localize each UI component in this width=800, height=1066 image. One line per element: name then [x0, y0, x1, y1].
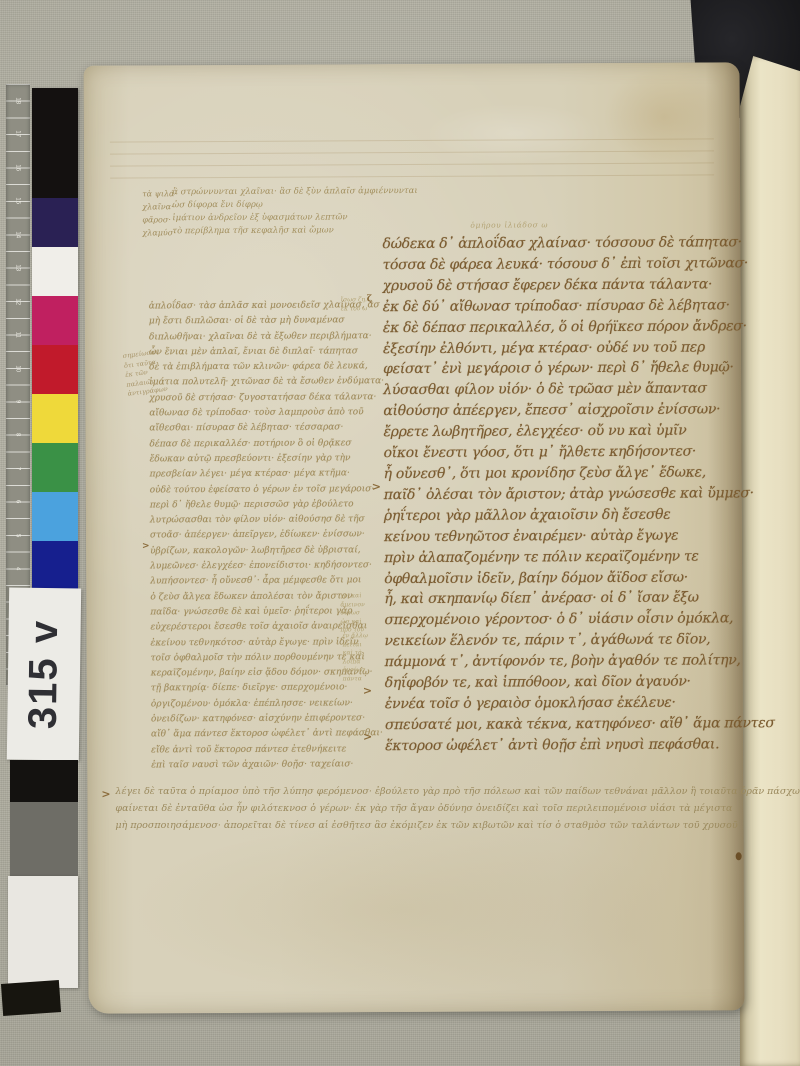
- scholia-line: δέπασ δὲ περικαλλέσ· ποτήριον ὃ οἱ θρᾷκε…: [149, 438, 384, 455]
- diple-mark: >: [101, 788, 110, 801]
- color-calibration-bar: [32, 88, 78, 590]
- ruler-number: 10: [1, 356, 34, 380]
- shelfmark-text: 315 v: [21, 619, 68, 730]
- manuscript-photo: ὁμήρου ἰλιάδοσ ω τὰ ψιλά·χλαῖνα·φᾶροσ·χλ…: [0, 0, 800, 1066]
- ruler-number: 13: [1, 256, 34, 280]
- color-swatch-blue: [32, 541, 78, 590]
- main-text-line: ἦ οὔνεσθ᾽, ὅτι μοι κρονίδησ ζεὺσ ἄλγε᾽ ἔ…: [384, 464, 774, 487]
- ruler-number: 11: [1, 323, 34, 347]
- main-text-line: πάμμονά τ᾽, ἀντίφονόν τε, βοὴν ἀγαθόν τε…: [385, 652, 775, 675]
- calibration-gray-block: [10, 802, 78, 876]
- main-text-line: ἔρρετε λωβητῆρεσ, ἐλεγχέεσ· οὔ νυ καὶ ὑμ…: [383, 422, 773, 445]
- intercolumn-note-line: ἄμεινον: [340, 601, 364, 610]
- main-text-line: ἕκτοροσ ὠφέλετ᾽ ἀντὶ θοῇσ ἐπὶ νηυσὶ πεφά…: [385, 736, 775, 759]
- top-note-line: τὸ περίβλημα τῆσ κεφαλῆσ καὶ ὤμων: [172, 225, 418, 239]
- main-text-line: ἦ, καὶ σκηπανίῳ δίεπ᾽ ἀνέρασ· οἱ δ᾽ ἴσαν…: [384, 590, 774, 613]
- ruler-number: 15: [1, 189, 34, 213]
- main-text-line: νεικείων ἕλενόν τε, πάριν τ᾽, ἀγάθωνά τε…: [384, 631, 774, 654]
- main-text-line: λύσασθαι φίλον υἱόν· ὁ δὲ τρῶασ μὲν ἅπαν…: [383, 380, 773, 403]
- main-text-line: οἴκοι ἔνεστι γόοσ, ὅτι μ᾽ ἤλθετε κηδήσον…: [384, 443, 774, 466]
- color-swatch-yellow: [32, 394, 78, 443]
- calibration-black-block-bottom: [1, 980, 61, 1016]
- scholia-line: τῇ βακτηρίᾳ· δίεπε· διεῖργε· σπερχομένοι…: [151, 683, 386, 700]
- scholia-line: πρεσβείαν λέγει· μέγα κτέρασ· μέγα κτῆμα…: [150, 468, 385, 485]
- color-swatch-white: [32, 247, 78, 296]
- top-note-line: ἃ στρώννυνται χλαῖναι· ἃσ δὲ ξὺν ἁπλαῖσ …: [172, 186, 418, 200]
- manuscript-page: ὁμήρου ἰλιάδοσ ω τὰ ψιλά·χλαῖνα·φᾶροσ·χλ…: [84, 62, 745, 1013]
- scholia-line: μὴ ἔστι διπλῶσαι· οἱ δὲ τὰσ μὴ δυναμένασ: [149, 315, 384, 332]
- scholia-line: ἔδωκαν αὐτῷ πρεσβεύοντι· ἐξεσίην γὰρ τὴν: [150, 453, 385, 470]
- main-text-line: δηΐφοβόν τε, καὶ ἱππόθοον, καὶ δῖον ἀγαυ…: [385, 673, 775, 696]
- scholia-line: στοᾶσ· ἀπέεργεν· ἀπεῖργεν, ἐδίωκεν· ἐνίσ…: [150, 530, 385, 547]
- scholia-line: ἐπὶ ταῖσ ναυσὶ τῶν ἀχαιῶν· θοῇσ· ταχείαι…: [151, 759, 386, 776]
- diple-mark: >: [363, 730, 372, 743]
- main-text-line: τόσσα δὲ φάρεα λευκά· τόσουσ δ᾽ ἐπὶ τοῖσ…: [383, 255, 773, 278]
- scholia-line: χρυσοῦ δὲ στήσασ· ζυγοστατήσασ δέκα τάλα…: [149, 392, 384, 409]
- scholia-line: αἴθωνασ δὲ τρίποδασ· τοὺσ λαμπροὺσ ἀπὸ τ…: [149, 407, 384, 424]
- scholia-line: ὀνειδίζων· κατηφόνεσ· αἰσχύνην ἐπιφέροντ…: [151, 713, 386, 730]
- main-text-line: ἐννέα τοῖσ ὁ γεραιὸσ ὁμοκλήσασ ἐκέλευε·: [385, 694, 775, 717]
- intercolumn-note-line: ὡσ καὶ: [340, 618, 364, 627]
- main-text-line: ἐκ δὲ δέπασ περικαλλέσ, ὅ οἱ θρήϊκεσ πόρ…: [383, 318, 773, 341]
- scholia-line: διπλωθῆναι· χλαῖναι δὲ τὰ ἔξωθεν περιβλή…: [149, 331, 384, 348]
- top-note-line: ἱμάτιον ἀνδρεῖον ἐξ ὑφασμάτων λεπτῶν: [172, 212, 418, 226]
- ruler-number: 16: [1, 156, 34, 180]
- top-note-line: ὡσ δίφορα ἔνι δίφρῳ: [172, 199, 418, 213]
- calibration-white-block: [8, 876, 78, 988]
- main-text-line: ῥηΐτεροι γὰρ μᾶλλον ἀχαιοῖσιν δὴ ἔσεσθε: [384, 506, 774, 529]
- scholia-column: ἁπλοΐδασ· τὰσ ἁπλᾶσ καὶ μονοειδεῖσ χλαίν…: [149, 300, 386, 775]
- main-text-line: σπερχομένοιο γέροντοσ· ὁ δ᾽ υἱάσιν οἷσιν…: [384, 610, 774, 633]
- intercolumn-note-c: ἐν ἄλλῳκεῖταικαὶ τὰλοιπὰὁμοίωσπάντα: [342, 632, 368, 683]
- bottom-note-line: μὴ προσποιησάμενοσ· ἀπορεῖται δὲ τίνεσ α…: [115, 820, 800, 837]
- intercolumn-note-line: οὕτωσ: [340, 609, 364, 618]
- ruler-number: 12: [1, 289, 34, 313]
- diple-mark: >: [372, 480, 381, 493]
- intercolumn-note-line: καὶ τὰ: [343, 649, 368, 658]
- calibration-black-block: [10, 760, 78, 802]
- ruler-number: 7: [1, 457, 34, 481]
- margin-marks: ζ>>>>>: [84, 62, 740, 65]
- ruler-number: 8: [1, 423, 34, 447]
- shelfmark-label: 315 v: [7, 588, 81, 761]
- parchment-stain: [424, 103, 604, 164]
- intercolumn-note-a: ἴσωσ ζη.ἐκ τοῦ ω: [341, 296, 368, 313]
- color-swatch-sky-blue: [32, 492, 78, 541]
- intercolumn-note-line: κεῖται: [343, 641, 368, 650]
- main-text-line: σπεύσατέ μοι, κακὰ τέκνα, κατηφόνεσ· αἴθ…: [385, 715, 775, 738]
- scholia-line: οὐδὲ τούτου ἐφείσατο ὁ γέρων ἐν τοῖσ μεγ…: [150, 484, 385, 501]
- scholia-line: εἴθε ἀντὶ τοῦ ἕκτοροσ πάντεσ ἐτεθνήκειτε: [151, 744, 386, 761]
- diple-mark: >: [142, 541, 150, 551]
- intercolumn-note-line: ἐκ τοῦ ω: [341, 305, 367, 314]
- diple-mark: ζ: [367, 294, 372, 304]
- top-marginal-note: ἃ στρώννυνται χλαῖναι· ἃσ δὲ ξὺν ἁπλαῖσ …: [172, 186, 418, 239]
- main-text-line: φείσατ᾽ ἐνὶ μεγάροισ ὁ γέρων· περὶ δ᾽ ἤθ…: [383, 360, 773, 383]
- intercolumn-note-line: πάντα: [343, 675, 368, 684]
- intercolumn-note-line: ἴσωσ ζη.: [341, 296, 367, 305]
- intercolumn-note-line: γρ. καὶ: [340, 592, 364, 601]
- ruling-line: [110, 174, 714, 178]
- ruling-line: [110, 138, 714, 142]
- diple-mark: >: [363, 684, 372, 697]
- main-text-line: παῖδ᾽ ὀλέσαι τὸν ἄριστον; ἀτὰρ γνώσεσθε …: [384, 485, 774, 508]
- bottom-note-line: λέγει δὲ ταῦτα ὁ πρίαμοσ ὑπὸ τῆσ λύπησ φ…: [115, 786, 800, 803]
- main-text-line: δώδεκα δ᾽ ἁπλοΐδασ χλαίνασ· τόσσουσ δὲ τ…: [382, 234, 772, 257]
- ruler-number: 14: [1, 222, 34, 246]
- color-swatch-green: [32, 443, 78, 492]
- color-swatch-black: [32, 88, 78, 198]
- intercolumn-note-line: ἐν ἄλλῳ: [342, 632, 367, 641]
- ruler-number: 5: [1, 523, 34, 547]
- ruler-number: 9: [1, 390, 34, 414]
- main-text-line: κείνου τεθνηῶτοσ ἐναιρέμεν· αὐτὰρ ἔγωγε: [384, 527, 774, 550]
- main-text-line: ἐκ δὲ δύ᾽ αἴθωνασ τρίποδασ· πίσυρασ δὲ λ…: [383, 297, 773, 320]
- scholia-line: ὧν ἔνιαι μὲν ἁπλαῖ, ἔνιαι δὲ διπλαῖ· τάπ…: [149, 346, 384, 363]
- scholia-line: αἴθεσθαι· πίσυρασ δὲ λέβητασ· τέσσαρασ·: [149, 423, 384, 440]
- scholia-line: αἴθ᾽ ἅμα πάντεσ ἕκτοροσ ὠφέλετ᾽ ἀντὶ πεφ…: [151, 728, 386, 745]
- color-swatch-red: [32, 345, 78, 394]
- scholia-line: λυπήσοντεσ· ἦ οὔνεσθ᾽· ἆρα μέμφεσθε ὅτι …: [150, 575, 385, 592]
- bottom-marginal-note: λέγει δὲ ταῦτα ὁ πρίαμοσ ὑπὸ τῆσ λύπησ φ…: [115, 786, 800, 837]
- main-text-line: ἐξεσίην ἐλθόντι, μέγα κτέρασ· οὐδέ νυ το…: [383, 339, 773, 362]
- ruler-number: 17: [1, 122, 34, 146]
- scholia-line: ἱμάτια πολυτελῆ· χιτῶνασ δὲ τὰ ἔσωθεν ἐν…: [149, 377, 384, 394]
- intercolumn-note-line: ὁμοίωσ: [343, 666, 368, 675]
- color-swatch-magenta: [32, 296, 78, 345]
- intercolumn-note-line: λοιπὰ: [343, 658, 368, 667]
- scholia-line: περὶ δ᾽ ἤθελε θυμῷ· περισσῶσ γὰρ ἐβούλετ…: [150, 499, 385, 516]
- main-text-line: χρυσοῦ δὲ στήσασ ἔφερεν δέκα πάντα τάλαν…: [383, 276, 773, 299]
- intercolumn-note-b: γρ. καὶἄμεινονοὕτωσὡσ καὶπρὸ τοῦ: [340, 592, 365, 635]
- ruling-line: [110, 162, 714, 166]
- scholia-line: λυμεῶνεσ· ἐλεγχέεσ· ἐπονείδιστοι· κηδήσο…: [150, 560, 385, 577]
- ruler-number: 6: [1, 490, 34, 514]
- main-text-line: αἰθούσησ ἀπέεργεν, ἔπεσσ᾽ αἰσχροῖσιν ἐνί…: [383, 401, 773, 424]
- main-text-line: ὀφθαλμοῖσιν ἰδεῖν, βαίην δόμον ἄϊδοσ εἴσ…: [384, 569, 774, 592]
- parchment-stain: [128, 823, 669, 996]
- ruler-number: 18: [1, 89, 34, 113]
- scholia-line: ὀργιζομένου· ὁμόκλα· ἐπέπλησσε· νεικείων…: [151, 698, 386, 715]
- ruling-line: [110, 150, 714, 154]
- color-swatch-dark-violet: [32, 198, 78, 247]
- scholia-line: ὑβρίζων, κακολογῶν· λωβητῆρεσ δὲ ὑβριστα…: [150, 545, 385, 562]
- main-text-line: πρὶν ἀλαπαζομένην τε πόλιν κεραϊζομένην …: [384, 548, 774, 571]
- ruler-number: 4: [1, 557, 34, 581]
- running-title: ὁμήρου ἰλιάδοσ ω: [470, 220, 630, 230]
- bottom-note-line: φαίνεται δὲ ἐνταῦθα ὡσ ἦν φιλότεκνοσ ὁ γ…: [115, 803, 800, 820]
- main-text-column: δώδεκα δ᾽ ἁπλοΐδασ χλαίνασ· τόσσουσ δὲ τ…: [382, 234, 774, 759]
